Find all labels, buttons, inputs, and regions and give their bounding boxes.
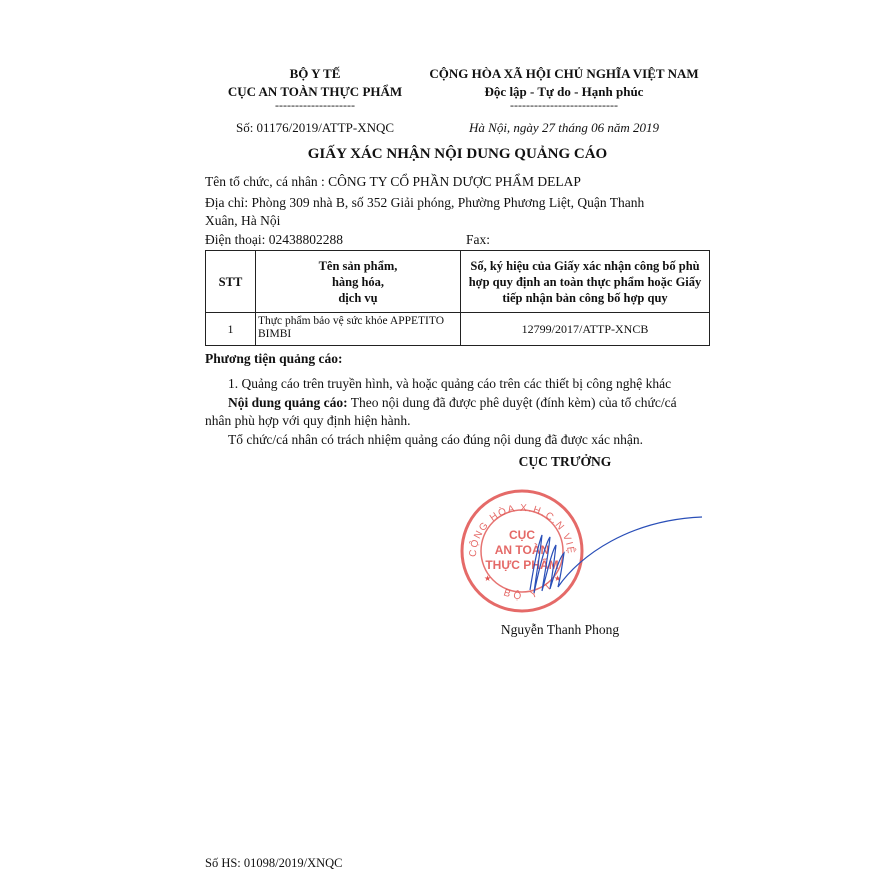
header-stt: STT bbox=[206, 251, 256, 313]
media-heading: Phương tiện quảng cáo: bbox=[205, 349, 342, 368]
content-line-2: nhân phù hợp với quy định hiện hành. bbox=[205, 411, 411, 430]
table-header-row: STT Tên sản phẩm, hàng hóa, dịch vụ Số, … bbox=[206, 251, 710, 313]
responsibility-statement: Tổ chức/cá nhân có trách nhiệm quảng cáo… bbox=[228, 430, 643, 449]
header-right-divider: --------------------------- bbox=[416, 96, 712, 115]
header-product: Tên sản phẩm, hàng hóa, dịch vụ bbox=[256, 251, 461, 313]
row-product: Thực phẩm bảo vệ sức khỏe APPETITO BIMBI bbox=[256, 313, 461, 346]
address-line-1: Địa chỉ: Phòng 309 nhà B, số 352 Giải ph… bbox=[205, 193, 644, 212]
product-table: STT Tên sản phẩm, hàng hóa, dịch vụ Số, … bbox=[205, 250, 710, 346]
table-row: 1 Thực phẩm bảo vệ sức khỏe APPETITO BIM… bbox=[206, 313, 710, 346]
content-label: Nội dung quảng cáo: bbox=[228, 395, 348, 410]
header-certificate: Số, ký hiệu của Giấy xác nhận công bố ph… bbox=[461, 251, 710, 313]
address-line-2: Xuân, Hà Nội bbox=[205, 211, 280, 230]
phone-number: Điện thoại: 02438802288 bbox=[205, 230, 343, 249]
ministry-name: BỘ Y TẾ bbox=[205, 64, 425, 83]
header-left-divider: -------------------- bbox=[205, 96, 425, 115]
svg-text:★: ★ bbox=[484, 574, 491, 583]
content-line-1: Nội dung quảng cáo: Theo nội dung đã đượ… bbox=[228, 393, 677, 412]
organization-name: Tên tổ chức, cá nhân : CÔNG TY CỔ PHẦN D… bbox=[205, 172, 581, 191]
signatory-role: CỤC TRƯỞNG bbox=[490, 452, 640, 471]
handwritten-signature-icon bbox=[520, 505, 705, 600]
document-title: GIẤY XÁC NHẬN NỘI DUNG QUẢNG CÁO bbox=[205, 144, 710, 164]
row-certificate: 12799/2017/ATTP-XNCB bbox=[461, 313, 710, 346]
media-item-1: 1. Quảng cáo trên truyền hình, và hoặc q… bbox=[228, 374, 671, 393]
place-date: Hà Nội, ngày 27 tháng 06 năm 2019 bbox=[416, 118, 712, 137]
document-number: Số: 01176/2019/ATTP-XNQC bbox=[205, 118, 425, 137]
file-number: Số HS: 01098/2019/XNQC bbox=[205, 855, 343, 872]
signatory-name: Nguyễn Thanh Phong bbox=[470, 620, 650, 639]
fax-number: Fax: bbox=[466, 230, 490, 249]
content-text-1: Theo nội dung đã được phê duyệt (đính kè… bbox=[348, 395, 677, 410]
country-name: CỘNG HÒA XÃ HỘI CHỦ NGHĨA VIỆT NAM bbox=[416, 64, 712, 83]
row-stt: 1 bbox=[206, 313, 256, 346]
